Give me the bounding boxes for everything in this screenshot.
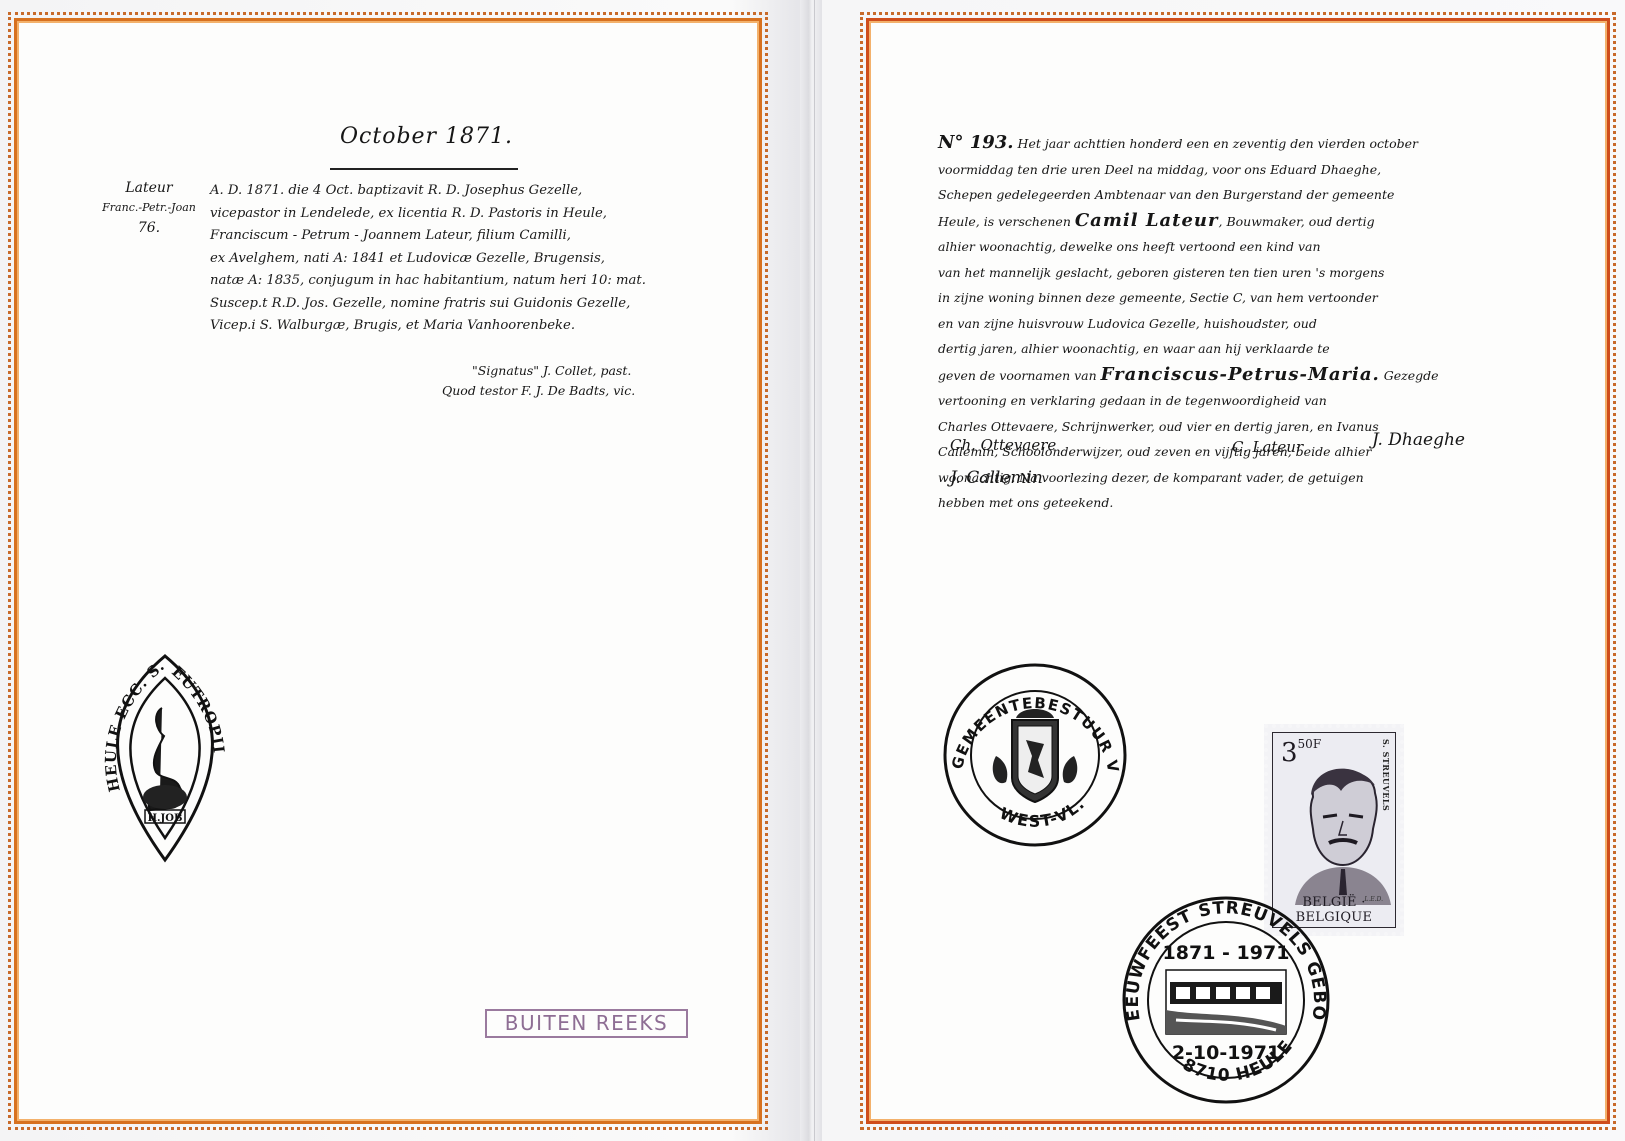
father-signature: C. Lateur (1232, 438, 1303, 456)
act-line: en van zijne huisvrouw Ludovica Gezelle,… (938, 311, 1439, 337)
act-number: N° 193. (938, 132, 1014, 153)
act-line: van het mannelijk geslacht, geboren gist… (938, 260, 1439, 286)
baptism-margin-note: Lateur Franc.-Petr.-Joan 76. (84, 178, 214, 238)
page-title: October 1871. (340, 124, 513, 149)
margin-given-names: Franc.-Petr.-Joan (84, 198, 214, 218)
entry-line: A. D. 1871. die 4 Oct. baptizavit R. D. … (210, 180, 646, 203)
municipal-coat-of-arms-seal-icon: GEMEENTEBESTUUR VAN HEULE WEST-VL. (940, 660, 1130, 850)
act-line: N° 193. Het jaar achttien honderd een en… (938, 130, 1439, 157)
witness-signature: J. Callemin (950, 468, 1043, 488)
margin-surname: Lateur (84, 178, 214, 198)
entry-line: ex Avelghem, nati A: 1841 et Ludovicæ Ge… (210, 248, 646, 271)
act-line: in zijne woning binnen deze gemeente, Se… (938, 285, 1439, 311)
entry-line: vicepastor in Lendelede, ex licentia R. … (210, 203, 646, 226)
pastor-signature: "Signatus" J. Collet, past. (472, 363, 631, 378)
entry-line: Vicep.i S. Walburgæ, Brugis, et Maria Va… (210, 315, 646, 338)
svg-text:H.JOB: H.JOB (148, 813, 183, 824)
act-line: dertig jaren, alhier woonachtig, en waar… (938, 336, 1439, 362)
postmark-ring-icon: EEUWFEEST STREUVELS GEBOORTE 8710 HEULE (1116, 890, 1336, 1110)
act-line: geven de voornamen van Franciscus-Petrus… (938, 362, 1439, 389)
vicar-attestation: Quod testor F. J. De Badts, vic. (442, 383, 635, 398)
witness-signature: Ch. Ottevaere (950, 436, 1056, 454)
margin-entry-number: 76. (84, 218, 214, 238)
birth-certificate-text: N° 193. Het jaar achttien honderd een en… (938, 130, 1439, 516)
entry-line: Franciscum - Petrum - Joannem Lateur, fi… (210, 225, 646, 248)
baptism-entry: A. D. 1871. die 4 Oct. baptizavit R. D. … (210, 180, 646, 338)
act-line: alhier woonachtig, dewelke ons heeft ver… (938, 234, 1439, 260)
act-line: Schepen gedelegeerden Ambtenaar van den … (938, 182, 1439, 208)
act-line: voormiddag ten drie uren Deel na middag,… (938, 157, 1439, 183)
postmark-years: 1871 - 1971 (1116, 942, 1336, 964)
father-name: Camil Lateur (1075, 210, 1219, 231)
act-line: hebben met ons geteekend. (938, 490, 1439, 516)
title-underline (330, 168, 518, 170)
ecclesiastical-seal-icon: HEULE ECC. S. EUTROPII H.JOB (90, 652, 240, 864)
official-signature: J. Dhaeghe (1372, 430, 1465, 450)
act-line: vertooning en verklaring gedaan in de te… (938, 388, 1439, 414)
child-name: Franciscus-Petrus-Maria. (1101, 364, 1380, 385)
entry-line: natæ A: 1835, conjugum in hac habitantiu… (210, 270, 646, 293)
entry-line: Suscep.t R.D. Jos. Gezelle, nomine fratr… (210, 293, 646, 316)
commemorative-postmark: EEUWFEEST STREUVELS GEBOORTE 8710 HEULE … (1116, 890, 1336, 1110)
postmark-date: 2-10-1971 (1116, 1042, 1336, 1064)
portrait-icon (1295, 755, 1391, 905)
act-line: Heule, is verschenen Camil Lateur, Bouwm… (938, 208, 1439, 235)
series-stamp-buiten-reeks: BUITEN REEKS (485, 1009, 688, 1038)
center-fold (800, 0, 822, 1141)
